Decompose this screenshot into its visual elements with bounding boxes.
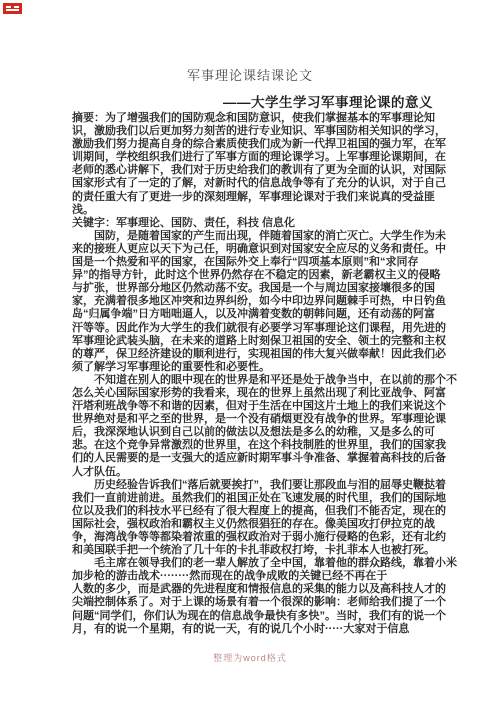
text-line: 与扩张，世界部分地区仍然动荡不安。我国是一个与周边国家接壤很多的国 — [72, 282, 432, 295]
text-line: 加步枪的游击战术········然而现在的战争成败的关键已经不再在于 — [72, 570, 432, 583]
text-line: 国是一个热爱和平的国家，在国际外交上奉行“四项基本原则”和“求同存 — [72, 256, 432, 269]
text-line: 汗等等。因此作为大学生的我们就很有必要学习军事理论这们课程，用先进的 — [72, 322, 432, 335]
abstract: 摘要：为了增强我们的国防观念和国防意识，使我们掌握基本的军事理论知识，激励我们以… — [72, 112, 432, 217]
text-line: 识，激励我们以后更加努力刻苦的进行专业知识、军事国防相关知识的学习， — [72, 125, 432, 138]
text-line: 毛主席在领导我们的老一辈人解放了全中国，靠着他的群众路线，靠着小米 — [72, 557, 432, 570]
text-line: 汗塔利班战争等不和谐的因素，但对于生活在中国这片土地上的我们来说这个 — [72, 400, 432, 413]
text-line: 不知道在别人的眼中现在的世界是和平还是处于战争当中，在以前的那个不 — [72, 374, 432, 387]
text-line: 浅。 — [72, 204, 432, 217]
text-line: 家，充满着很多地区冲突和边界纠纷，如今中印边界问题棘手可热，中日钓鱼 — [72, 295, 432, 308]
text-line: 们的人民需要的是一支强大的适应新时期军事斗争准备、掌握着高科技的后备 — [72, 452, 432, 465]
text-line: 国家形式有了一定的了解，对新时代的信息战争等有了充分的认识，对于自己 — [72, 177, 432, 190]
text-line: 的责任重大有了更进一步的深刻理解，军事理论课对于我们来说真的受益匪 — [72, 191, 432, 204]
body-paragraph-4: 毛主席在领导我们的老一辈人解放了全中国，靠着他的群众路线，靠着小米加步枪的游击战… — [72, 557, 432, 636]
text-line: 月，有的说一个星期，有的说一天，有的说几个小时·····大家对于信息 — [72, 623, 432, 636]
keywords: 关键字：军事理论、国防、责任，科技 信息化 — [72, 217, 432, 230]
text-line: 国防，是随着国家的产生而出现，伴随着国家的消亡灭亡。大学生作为未 — [72, 230, 432, 243]
text-line: 后，我深深地认识到自己以前的做法以及想法是多么的幼稚，又是多么的可 — [72, 426, 432, 439]
text-line: 摘要：为了增强我们的国防观念和国防意识，使我们掌握基本的军事理论知 — [72, 112, 432, 125]
text-line: 世界绝对是和平之至的世界，是一个没有硝烟更没有战争的世界。军事理论课 — [72, 413, 432, 426]
text-line: 位以及我们的科技水平已经有了很大程度上的提高，但我们不能否定，现在的 — [72, 505, 432, 518]
text-line: 人数的多少，而是武器的先进程度和情报信息的采集的能力以及高科技人才的 — [72, 583, 432, 596]
text-line: 异”的指导方针，此时这个世界仍然存在不稳定的因素，新老霸权主义的侵略 — [72, 269, 432, 282]
text-line: 人才队伍。 — [72, 466, 432, 479]
text-line: 关键字：军事理论、国防、责任，科技 信息化 — [72, 217, 432, 230]
text-line: 悲。在这个竞争异常激烈的世界里，在这个科技制胜的世界里，我们的国家我 — [72, 439, 432, 452]
body-paragraph-3: 历史经验告诉我们“落后就要挨打”，我们要让那段血与泪的屈辱史鞭挞着我们一直前进前… — [72, 479, 432, 558]
text-line: 来的接班人更应以天下为己任，明确意识到对国家安全应尽的义务和责任。中 — [72, 243, 432, 256]
text-line: 岛“归属争端”日方咄咄逼人，以及冲满着变数的朝韩问题，还有动荡的阿富 — [72, 308, 432, 321]
document-subtitle: ——大学生学习军事理论课的意义 — [72, 91, 433, 111]
text-line: 和美国联手把一个统治了几十年的卡扎菲政权打垮，卡扎菲本人也被打死。 — [72, 544, 432, 557]
text-line: 争，海湾战争等等都染着浓重的强权政治对于弱小施行侵略的色彩，还有北约 — [72, 531, 432, 544]
document-title: 军事理论课结课论文 — [72, 65, 428, 84]
document-body: 摘要：为了增强我们的国防观念和国防意识，使我们掌握基本的军事理论知识，激励我们以… — [72, 112, 432, 636]
text-line: 问题“同学们，你们认为现在的信息战争最快有多快”。当时，我们有的说一个 — [72, 610, 432, 623]
text-line: 军事理论武装头脑，在未来的道路上时刻保卫祖国的安全、领土的完整和主权 — [72, 335, 432, 348]
text-line: 激励我们努力提高自身的综合素质使我们成为新一代捍卫祖国的强力军，在军 — [72, 138, 432, 151]
text-line: 老师的悉心讲解下，我们对于历史给我们的教训有了更为全面的认识，对国际 — [72, 164, 432, 177]
text-line: 国际社会，强权政治和霸权主义仍然很猖狂的存在。像美国攻打伊拉克的战 — [72, 518, 432, 531]
body-paragraph-1: 国防，是随着国家的产生而出现，伴随着国家的消亡灭亡。大学生作为未来的接班人更应以… — [72, 230, 432, 374]
document-page: 军事理论课结课论文 ——大学生学习军事理论课的意义 摘要：为了增强我们的国防观念… — [0, 0, 500, 707]
text-line: 尖端控制体系了。对于上课的场景有着一个很深的影响：老师给我们提了一个 — [72, 596, 432, 609]
text-line: 我们一直前进前进。虽然我们的祖国正处在飞速发展的时代里，我们的国际地 — [72, 492, 432, 505]
site-logo-badge — [3, 3, 22, 14]
text-line: 的尊严，保卫经济建设的顺利进行，实现祖国的伟大复兴做奉献！因此我们必 — [72, 348, 432, 361]
text-line: 怎么关心国际国家形势的我看来，现在的世界上虽然出现了利比亚战争、阿富 — [72, 387, 432, 400]
text-line: 训期间，学校组织我们进行了军事方面的理论课学习。上军事理论课期间，在 — [72, 151, 432, 164]
body-paragraph-2: 不知道在别人的眼中现在的世界是和平还是处于战争当中，在以前的那个不怎么关心国际国… — [72, 374, 432, 479]
text-line: 历史经验告诉我们“落后就要挨打”，我们要让那段血与泪的屈辱史鞭挞着 — [72, 479, 432, 492]
watermark-text: 整理为word格式 — [0, 651, 500, 664]
text-line: 须了解学习军事理论的重要性和必要性。 — [72, 361, 432, 374]
